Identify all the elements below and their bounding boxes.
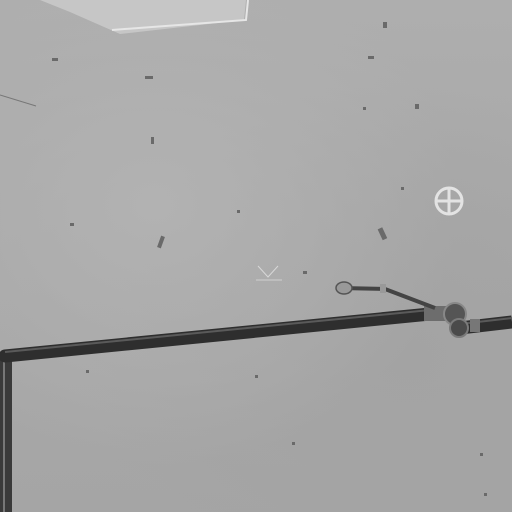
crosshair-marking — [436, 188, 462, 214]
vertical-pipe — [0, 355, 12, 512]
concrete-surface — [0, 0, 512, 512]
paint-patch — [40, 0, 246, 34]
branch-nozzle — [336, 282, 435, 308]
